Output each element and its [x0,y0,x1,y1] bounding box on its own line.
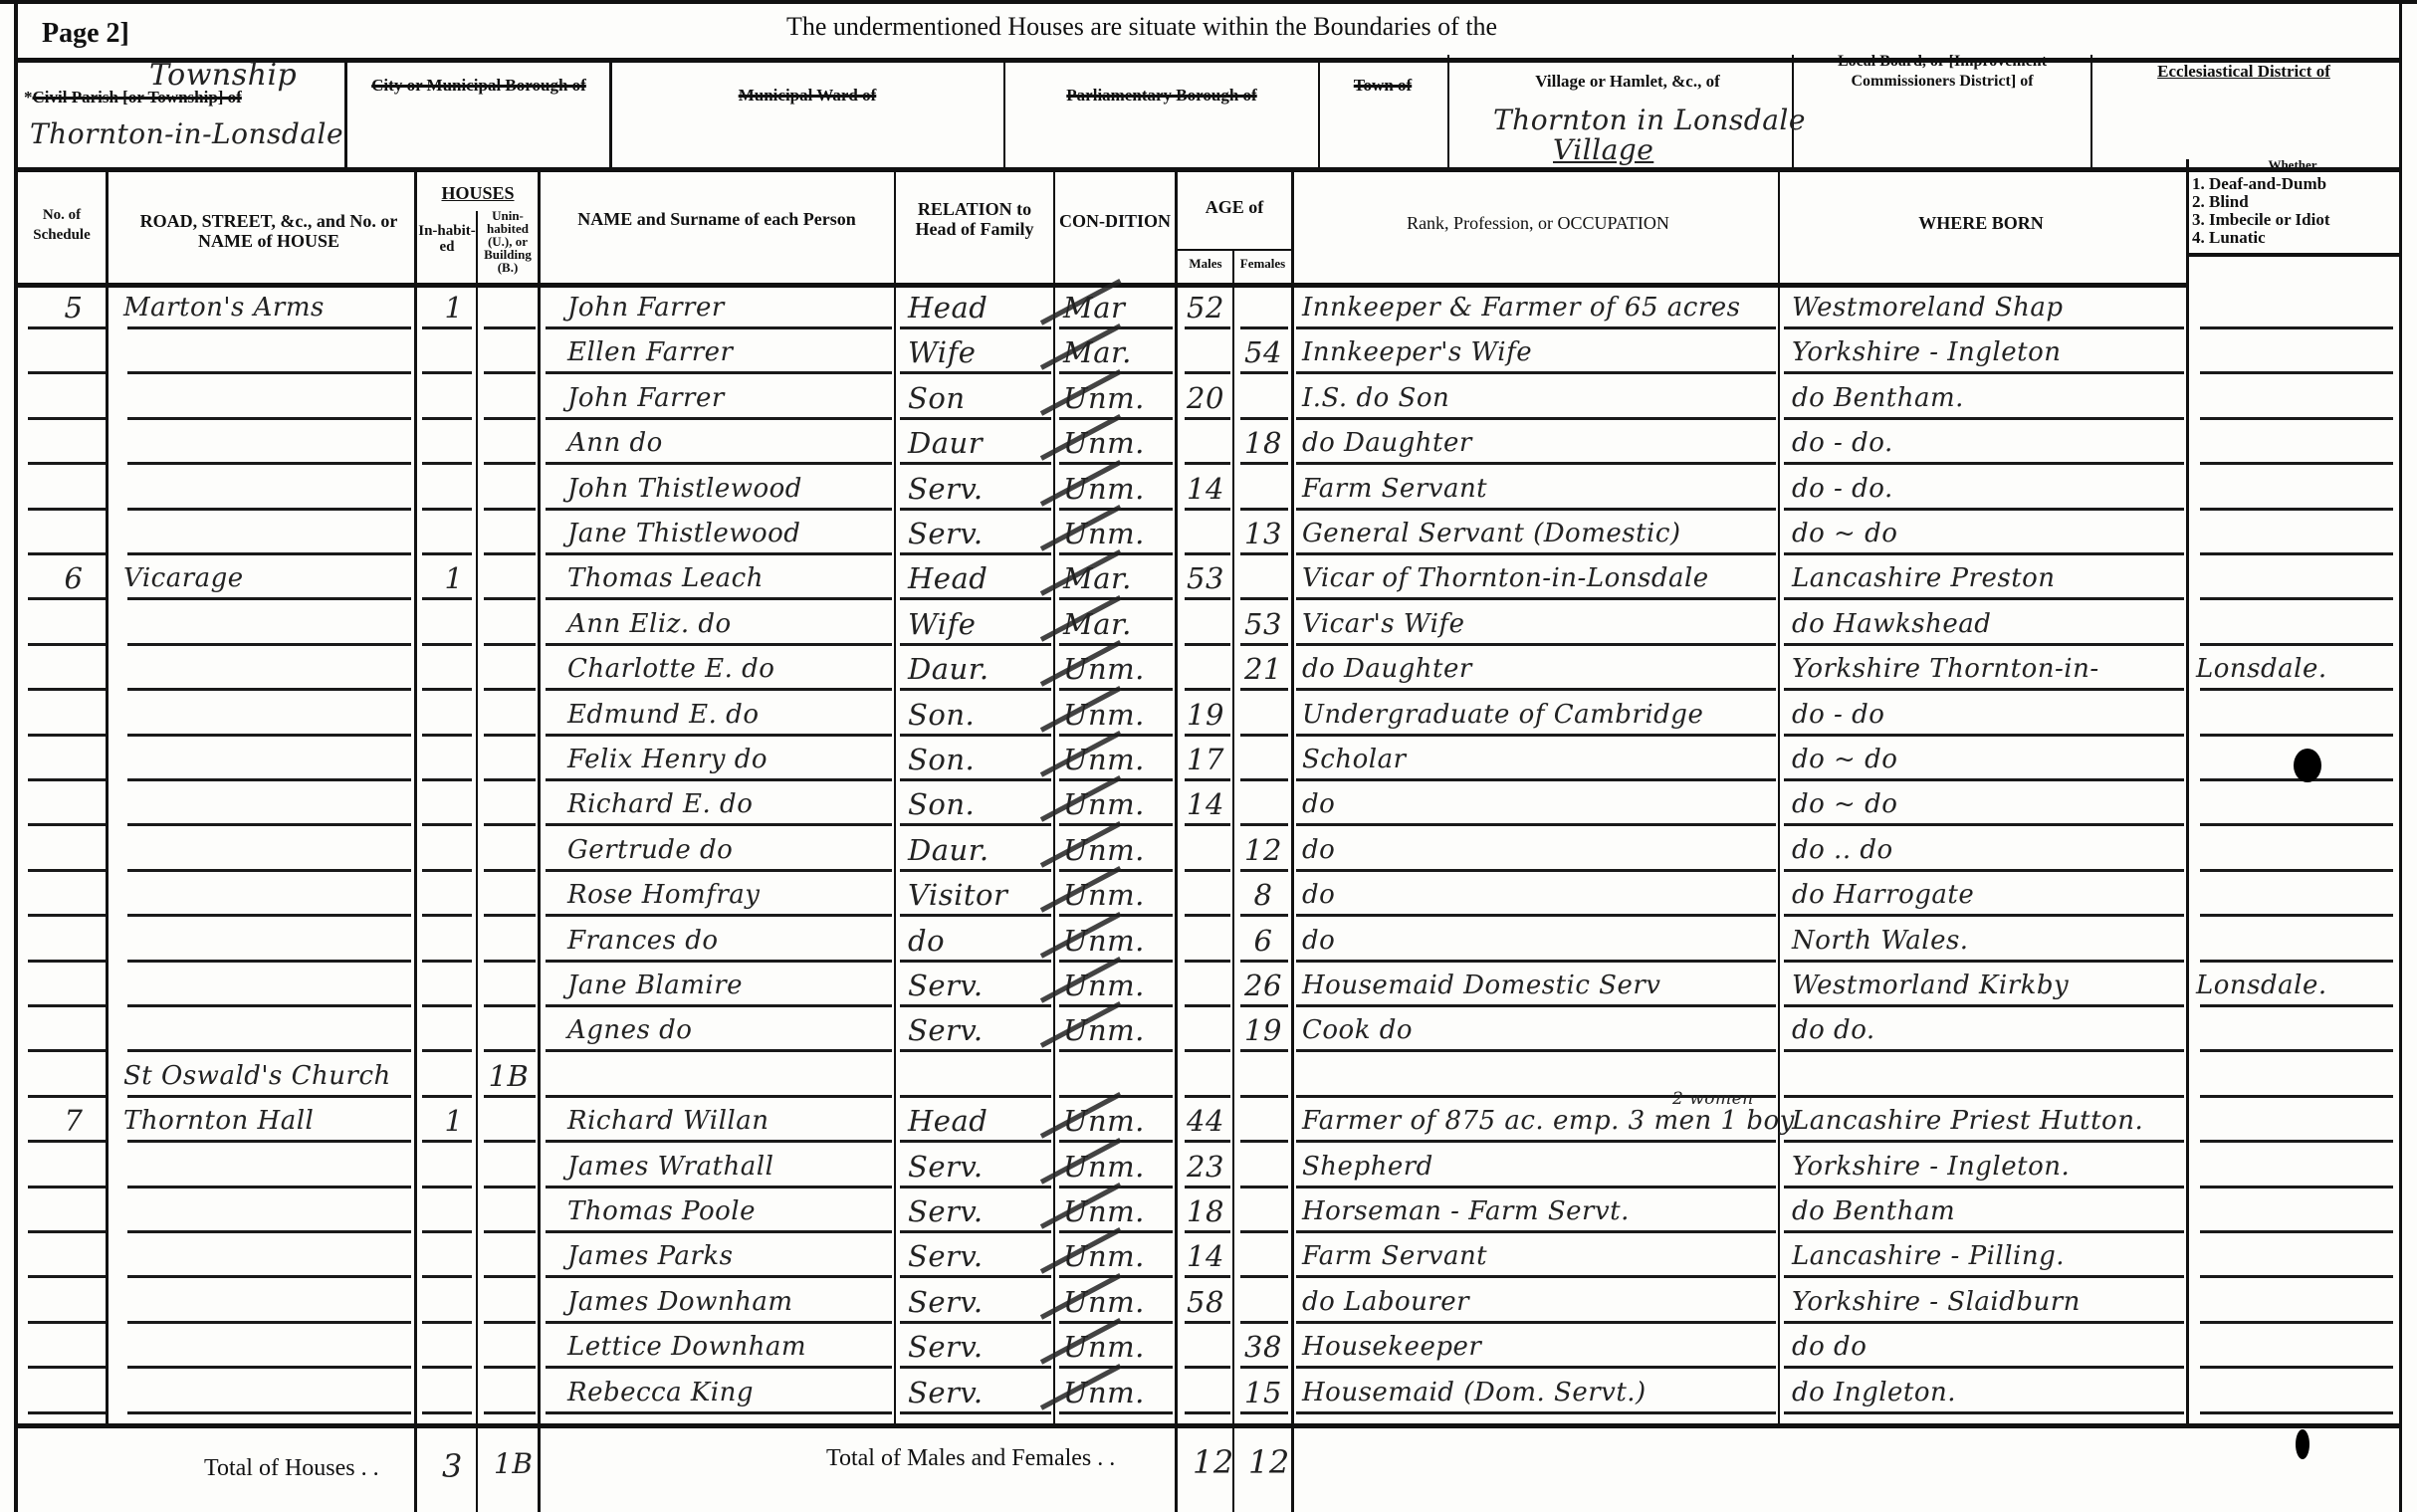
person-name: Rebecca King [567,1376,892,1409]
row-rule [127,1275,411,1278]
occupation: do Labourer [1302,1285,1776,1319]
occupation: Housemaid Domestic Serv [1302,969,1776,1002]
person-name: Thomas Poole [567,1194,892,1228]
houses-uninhabited [482,426,536,460]
row-rule [1185,1004,1230,1007]
row-rule [127,823,411,826]
row-rule [28,462,106,465]
row-rule [546,1275,892,1278]
male-age [1181,517,1230,550]
male-age [1181,969,1230,1002]
where-born: do Ingleton. [1792,1376,2184,1409]
row-rule [484,960,536,963]
row-rule [422,778,472,781]
row-rule [900,417,1051,420]
person-name: John Farrer [567,381,892,415]
header-road: ROAD, STREET, &c., and No. or NAME of HO… [129,211,408,251]
occupation: Vicar of Thornton-in-Lonsdale [1302,561,1776,595]
row-rule [900,552,1051,555]
female-age [1236,1285,1290,1319]
condition: Unm. [1063,924,1173,958]
houses-uninhabited [482,561,536,595]
where-born [1792,1059,2184,1093]
female-age [1236,1059,1290,1093]
row-rule [900,371,1051,374]
houses-uninhabited [482,1104,536,1138]
relation: Serv. [908,969,1051,1002]
row-rule [484,1321,536,1324]
row-rule [422,914,472,917]
male-age: 14 [1181,472,1230,506]
row-rule [1185,1366,1230,1369]
row-rule [1296,326,1776,329]
row-rule [1784,1004,2184,1007]
house-name [123,743,412,776]
top-border [0,0,2417,4]
total-males: 12 [1193,1443,1234,1481]
relation: Serv. [908,1150,1051,1184]
row-rule [1185,688,1230,691]
house-name [123,1194,412,1228]
houses-inhabited [434,1150,474,1184]
row-rule [422,1140,472,1143]
row-rule [1296,1321,1776,1324]
male-age: 58 [1181,1285,1230,1319]
houses-uninhabited [482,1376,536,1409]
houses-inhabited [434,833,474,867]
where-born: do ~ do [1792,787,2184,821]
where-born: Lancashire - Pilling. [1792,1239,2184,1273]
row-rule [1784,734,2184,737]
where-born: Yorkshire - Slaidburn [1792,1285,2184,1319]
schedule-number [44,652,104,686]
row-rule [28,1275,106,1278]
where-born: do do. [1792,1013,2184,1047]
row-rule [1185,371,1230,374]
row-rule [1296,1411,1776,1414]
female-age [1236,1104,1290,1138]
row-rule [484,688,536,691]
row-rule [1059,1049,1173,1052]
houses-uninhabited [482,381,536,415]
row-rule [900,1230,1051,1233]
house-name [123,1330,412,1364]
houses-inhabited [434,969,474,1002]
schedule-number [44,787,104,821]
house-name [123,607,412,641]
row-rule [422,1411,472,1414]
row-rule [127,1049,411,1052]
col-divider-schedule [106,171,109,1425]
row-rule [28,734,106,737]
row-rule [546,508,892,511]
row-rule [1296,734,1776,737]
row-rule [2200,552,2393,555]
row-rule [484,597,536,600]
female-age: 6 [1236,924,1290,958]
row-rule [28,1049,106,1052]
relation: Head [908,291,1051,324]
row-rule [127,326,411,329]
row-rule [2200,1049,2393,1052]
occupation: do [1302,878,1776,912]
row-rule [1296,1366,1776,1369]
row-rule [1784,960,2184,963]
person-name: Rose Homfray [567,878,892,912]
row-rule [546,1004,892,1007]
relation: Son. [908,743,1051,776]
row-rule [546,552,892,555]
header-houses: HOUSES [418,183,538,203]
header-where-born: WHERE BORN [1782,213,2180,233]
relation: Son. [908,698,1051,732]
person-name: James Parks [567,1239,892,1273]
occupation: do Daughter [1302,426,1776,460]
where-born-continued: Lonsdale. [2196,652,2327,686]
row-rule [1296,1186,1776,1188]
row-rule [127,1366,411,1369]
schedule-number [44,924,104,958]
person-name: Edmund E. do [567,698,892,732]
occupation: I.S. do Son [1302,381,1776,415]
relation: Serv. [908,1194,1051,1228]
houses-uninhabited: 1B [482,1059,536,1093]
row-rule [1185,1140,1230,1143]
row-rule [546,823,892,826]
row-rule [1784,371,2184,374]
where-born: do do [1792,1330,2184,1364]
houses-uninhabited [482,652,536,686]
row-rule [484,869,536,872]
relation: Serv. [908,1013,1051,1047]
house-name [123,878,412,912]
row-rule [1296,597,1776,600]
where-born: Lancashire Priest Hutton. [1792,1104,2184,1138]
person-name: Charlotte E. do [567,652,892,686]
row-rule [422,1004,472,1007]
row-rule [484,326,536,329]
row-rule [127,1140,411,1143]
schedule-number [44,335,104,369]
houses-inhabited [434,1013,474,1047]
row-rule [1185,1275,1230,1278]
row-rule [900,1049,1051,1052]
row-rule [1784,1366,2184,1369]
row-rule [900,1366,1051,1369]
condition: Unm. [1063,969,1173,1002]
row-rule [1784,417,2184,420]
row-rule [1296,778,1776,781]
house-name [123,698,412,732]
where-born: Yorkshire - Ingleton [1792,335,2184,369]
row-rule [900,823,1051,826]
row-rule [1784,1095,2184,1098]
col-divider-where-born [2186,159,2189,1425]
municipal-ward-label: Municipal Ward of [613,86,1001,197]
row-rule [28,869,106,872]
row-rule [484,1275,536,1278]
houses-uninhabited [482,878,536,912]
person-name: Thomas Leach [567,561,892,595]
relation: Visitor [908,878,1051,912]
where-born-continued: Lonsdale. [2196,969,2327,1002]
house-name [123,381,412,415]
census-page: Page 2] The undermentioned Houses are si… [0,0,2417,1512]
male-age: 44 [1181,1104,1230,1138]
row-rule [127,960,411,963]
houses-uninhabited [482,787,536,821]
row-rule [1240,1186,1288,1188]
col-divider-occupation [1778,171,1780,1425]
female-age [1236,787,1290,821]
house-name [123,969,412,1002]
row-rule [900,462,1051,465]
row-rule [1185,1321,1230,1324]
row-rule [127,1004,411,1007]
row-rule [28,688,106,691]
row-rule [2200,326,2393,329]
row-rule [2200,643,2393,646]
infirmity-header-rule [2188,253,2399,257]
row-rule [1784,869,2184,872]
house-name [123,472,412,506]
row-rule [1784,643,2184,646]
occupation: do [1302,833,1776,867]
row-rule [2200,462,2393,465]
row-rule [484,823,536,826]
person-name: Gertrude do [567,833,892,867]
female-age: 13 [1236,517,1290,550]
row-rule [422,823,472,826]
row-rule [484,462,536,465]
person-name: Ann Eliz. do [567,607,892,641]
row-rule [2200,869,2393,872]
houses-uninhabited [482,969,536,1002]
row-rule [2200,1411,2393,1414]
row-rule [546,1366,892,1369]
person-name: Jane Blamire [567,969,892,1002]
row-rule [1240,688,1288,691]
condition: Unm. [1063,517,1173,550]
row-rule [1185,1095,1230,1098]
occupation: Scholar [1302,743,1776,776]
header-infirmity-list: 1. Deaf-and-Dumb 2. Blind 3. Imbecile or… [2192,175,2330,247]
row-rule [1185,914,1230,917]
col-divider-road [414,171,417,1512]
row-rule [1296,1049,1776,1052]
ink-blot [2294,749,2321,782]
row-rule [1240,552,1288,555]
houses-inhabited [434,878,474,912]
row-rule [1240,1366,1288,1369]
person-name: Lettice Downham [567,1330,892,1364]
female-age: 26 [1236,969,1290,1002]
occupation: Vicar's Wife [1302,607,1776,641]
row-rule [1296,1275,1776,1278]
houses-inhabited [434,1285,474,1319]
row-rule [422,597,472,600]
row-rule [2200,1095,2393,1098]
row-rule [127,371,411,374]
occupation: do [1302,924,1776,958]
person-name: Ann do [567,426,892,460]
row-rule [1784,823,2184,826]
occupation: do Daughter [1302,652,1776,686]
occupation: Farm Servant [1302,472,1776,506]
col-divider-males [1232,249,1234,1512]
row-rule [900,1186,1051,1188]
row-rule [1185,552,1230,555]
row-rule [1240,371,1288,374]
row-rule [127,1411,411,1414]
total-houses-label: Total of Houses . . [204,1455,379,1482]
col-divider-condition [1175,171,1178,1512]
row-rule [484,552,536,555]
condition: Unm. [1063,426,1173,460]
female-age [1236,698,1290,732]
row-rule [28,960,106,963]
houses-inhabited [434,381,474,415]
row-rule [127,688,411,691]
houses-inhabited: 1 [434,291,474,324]
houses-inhabited [434,698,474,732]
schedule-number [44,517,104,550]
house-name [123,1013,412,1047]
village-value: Thornton in Lonsdale [1493,104,1806,136]
row-rule [900,1321,1051,1324]
where-born: do Bentham [1792,1194,2184,1228]
male-age: 20 [1181,381,1230,415]
row-rule [1185,869,1230,872]
occupation-superscript: 2 women [1672,1082,1754,1116]
schedule-number [44,1376,104,1409]
row-rule [1784,1230,2184,1233]
row-rule [1240,1004,1288,1007]
occupation: Cook do [1302,1013,1776,1047]
male-age [1181,833,1230,867]
row-rule [1296,552,1776,555]
row-rule [484,1411,536,1414]
house-name: Vicarage [123,561,412,595]
row-rule [1784,326,2184,329]
row-rule [2200,734,2393,737]
relation: Daur. [908,652,1051,686]
row-rule [1296,914,1776,917]
row-rule [1240,1049,1288,1052]
row-rule [422,1095,472,1098]
condition: Mar. [1063,607,1173,641]
row-rule [1240,1230,1288,1233]
row-rule [484,914,536,917]
col-divider-name [894,171,896,1425]
row-rule [546,1095,892,1098]
row-rule [422,371,472,374]
schedule-number [44,472,104,506]
row-rule [2200,1140,2393,1143]
person-name: Jane Thistlewood [567,517,892,550]
houses-uninhabited [482,743,536,776]
row-rule [900,778,1051,781]
condition: Unm. [1063,472,1173,506]
house-name [123,1239,412,1273]
row-rule [1296,1140,1776,1143]
where-born: do ~ do [1792,517,2184,550]
condition: Mar. [1063,335,1173,369]
row-rule [127,1186,411,1188]
row-rule [1296,371,1776,374]
houses-inhabited [434,787,474,821]
row-rule [2200,914,2393,917]
row-rule [2200,508,2393,511]
row-rule [1059,1411,1173,1414]
houses-inhabited [434,652,474,686]
occupation: Innkeeper & Farmer of 65 acres [1302,291,1776,324]
row-rule [1185,326,1230,329]
row-rule [1240,960,1288,963]
female-age: 38 [1236,1330,1290,1364]
row-rule [422,417,472,420]
col-divider-houses [538,171,541,1512]
occupation: Housekeeper [1302,1330,1776,1364]
row-rule [900,914,1051,917]
row-rule [484,643,536,646]
female-age [1236,1150,1290,1184]
relation: Serv. [908,1376,1051,1409]
person-name: Felix Henry do [567,743,892,776]
male-age [1181,1376,1230,1409]
houses-inhabited: 1 [434,561,474,595]
houses-inhabited [434,426,474,460]
where-born: North Wales. [1792,924,2184,958]
male-age: 14 [1181,1239,1230,1273]
houses-inhabited [434,1239,474,1273]
row-rule [127,508,411,511]
row-rule [1784,1321,2184,1324]
houses-uninhabited [482,472,536,506]
row-rule [1784,778,2184,781]
houses-uninhabited [482,1330,536,1364]
row-rule [484,1004,536,1007]
row-rule [1185,734,1230,737]
row-rule [28,1366,106,1369]
row-rule [546,869,892,872]
person-name: Ellen Farrer [567,335,892,369]
row-rule [127,734,411,737]
relation: Daur. [908,833,1051,867]
civil-parish-asterisk: * [24,88,33,107]
age-subheader-rule [1178,249,1291,251]
row-rule [1185,823,1230,826]
row-rule [1296,417,1776,420]
row-rule [28,1140,106,1143]
female-age: 8 [1236,878,1290,912]
where-born: Westmorland Kirkby [1792,969,2184,1002]
male-age: 52 [1181,291,1230,324]
relation: Serv. [908,517,1051,550]
row-rule [1784,552,2184,555]
schedule-number [44,698,104,732]
row-rule [422,734,472,737]
row-rule [1296,869,1776,872]
totals-top-rule [14,1423,2399,1428]
row-rule [1185,597,1230,600]
row-rule [900,734,1051,737]
houses-uninhabited [482,1194,536,1228]
row-rule [28,1004,106,1007]
relation: Serv. [908,1239,1051,1273]
where-born: do Hawkshead [1792,607,2184,641]
row-rule [127,462,411,465]
